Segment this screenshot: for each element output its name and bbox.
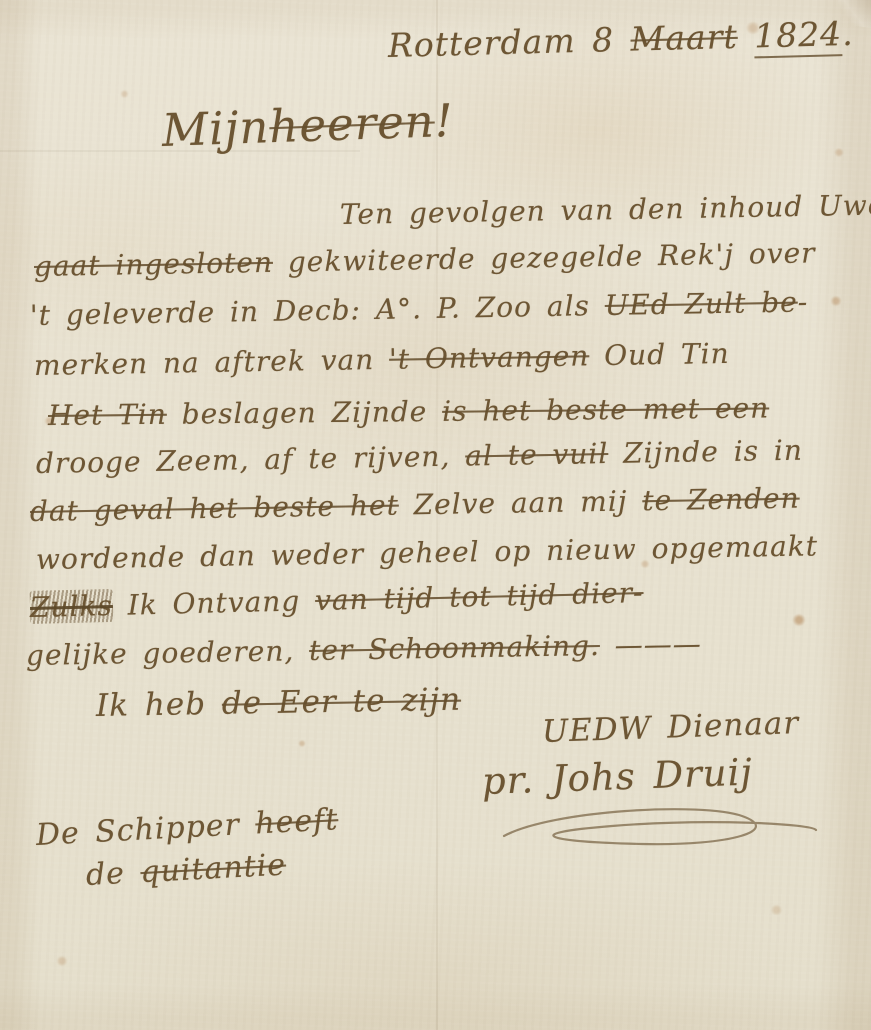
- text-segment: [737, 16, 755, 55]
- text-segment: Zijnde is in: [608, 434, 803, 470]
- text-segment: Ik Ontvang: [112, 584, 315, 622]
- text-segment: !: [434, 94, 455, 148]
- text-segment: 't geleverde in Decb: A°. P. Zoo als: [30, 289, 605, 332]
- scribbled-word: Zulks: [30, 589, 114, 624]
- letter-line-5: Het Tin beslagen Zijnde is het beste met…: [48, 391, 769, 432]
- annotation-line-2: de quitantie: [85, 848, 287, 893]
- text-segment: Zelve aan mij: [398, 484, 642, 521]
- text-segment: quitantie: [140, 848, 287, 891]
- text-segment: Rotterdam 8: [387, 20, 631, 65]
- signature-name: pr. Johs Druij: [481, 751, 753, 803]
- foxing-stain: [834, 148, 844, 157]
- letter-line-2: gaat ingesloten gekwiteerde gezegelde Re…: [34, 236, 816, 283]
- text-segment: Maart: [630, 17, 738, 59]
- text-segment: 't Ontvangen: [389, 339, 590, 375]
- text-segment: de: [85, 855, 141, 893]
- text-segment: gelijke goederen,: [26, 634, 310, 672]
- letter-line-7: dat geval het beste het Zelve aan mij te…: [30, 482, 800, 528]
- foxing-stain: [56, 956, 68, 966]
- text-segment: merken na aftrek van: [34, 343, 390, 382]
- letter-line-9: Zulks Ik Ontvang van tijd tot tijd dier-: [30, 576, 644, 624]
- text-segment: Ik heb: [96, 686, 223, 724]
- text-segment: ter Schoonmaking.: [309, 629, 600, 667]
- text-segment: De Schipper: [35, 807, 256, 853]
- text-segment: heeren: [268, 94, 435, 153]
- text-segment: heeft: [254, 802, 339, 841]
- text-segment: al te vuil: [465, 437, 609, 472]
- foxing-stain: [298, 740, 306, 747]
- dateline: Rotterdam 8 Maart 1824.: [387, 14, 854, 65]
- text-segment: Mijn: [161, 100, 270, 157]
- foxing-stain: [830, 296, 842, 306]
- letter-page: Rotterdam 8 Maart 1824. Mijnheeren! Ten …: [0, 0, 871, 1030]
- foxing-stain: [120, 90, 129, 98]
- annotation-line-1: De Schipper heeft: [35, 802, 339, 853]
- foxing-stain: [770, 905, 783, 915]
- text-segment: te Zenden: [642, 482, 800, 518]
- text-segment: de Eer te zijn: [222, 682, 462, 722]
- letter-line-6: drooge Zeem, af te rijven, al te vuil Zi…: [36, 434, 803, 480]
- text-segment: pr. Johs Druij: [481, 751, 753, 803]
- text-segment: .: [842, 14, 855, 53]
- signature-company: UEDW Dienaar: [541, 705, 799, 750]
- text-segment: ———: [600, 627, 702, 662]
- letter-line-10: gelijke goederen, ter Schoonmaking. ———: [26, 627, 702, 672]
- letter-line-1: Ten gevolgen van den inhoud Uwer Missive: [340, 186, 871, 231]
- text-segment: dat geval het beste het: [30, 489, 399, 528]
- text-segment: is het beste met een: [442, 391, 769, 427]
- text-segment: Het Tin: [48, 398, 167, 432]
- text-segment: Oud Tin: [589, 337, 730, 372]
- text-segment: Ten gevolgen van den inhoud Uwer Missive: [340, 186, 871, 231]
- text-segment: drooge Zeem, af te rijven,: [36, 440, 466, 480]
- text-segment: wordende dan weder geheel op nieuw opgem…: [36, 529, 819, 576]
- text-segment: gekwiteerde gezegelde Rek'j over: [273, 236, 816, 278]
- closing-line: Ik heb de Eer te zijn: [96, 682, 462, 724]
- salutation: Mijnheeren!: [161, 94, 455, 157]
- text-segment: UEDW Dienaar: [541, 705, 799, 750]
- signature-flourish: [492, 800, 822, 856]
- text-segment: UEd Zult be: [604, 286, 797, 322]
- letter-line-3: 't geleverde in Decb: A°. P. Zoo als UEd…: [30, 285, 809, 332]
- text-segment: van tijd tot tijd dier-: [315, 576, 644, 617]
- text-segment: -: [797, 285, 808, 318]
- letter-line-4: merken na aftrek van 't Ontvangen Oud Ti…: [34, 337, 730, 382]
- foxing-stain: [792, 614, 806, 626]
- letter-line-8: wordende dan weder geheel op nieuw opgem…: [36, 529, 819, 576]
- text-segment: beslagen Zijnde: [167, 395, 443, 431]
- text-segment: gaat ingesloten: [34, 246, 274, 283]
- text-segment: 1824: [754, 14, 843, 58]
